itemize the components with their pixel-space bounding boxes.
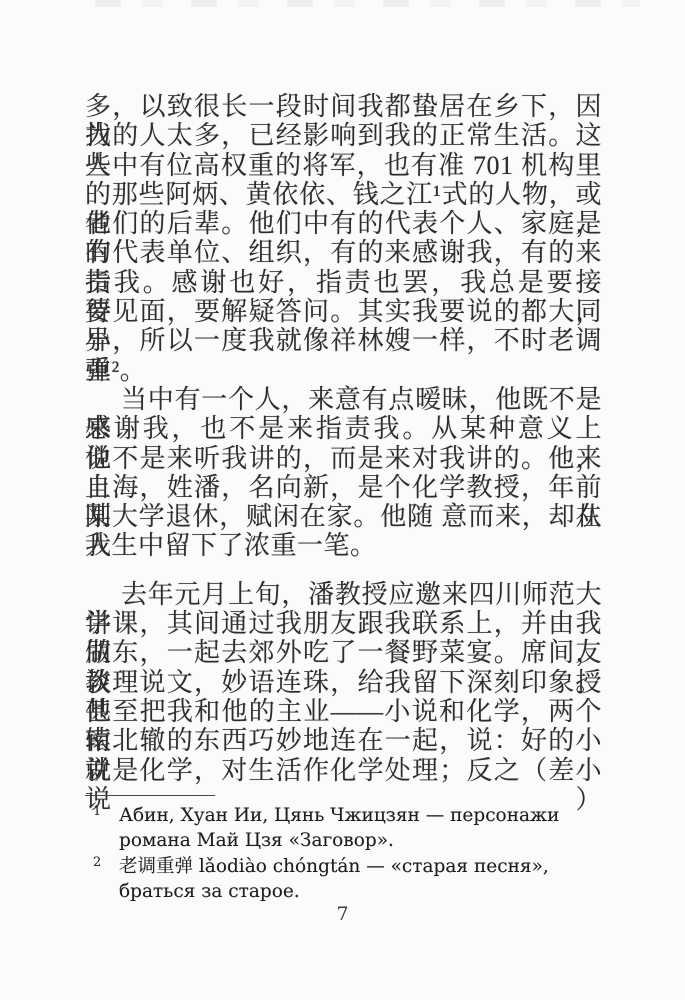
footnote-text: Абин, Хуан Ии, Цянь Чжицзян — персонажи … xyxy=(119,805,559,851)
page-number: 7 xyxy=(0,903,685,925)
scan-edge-artifact xyxy=(95,0,640,7)
text-line: 的那些阿炳、黄依依、钱之江¹式的人物，或者是 xyxy=(85,180,602,209)
text-line: 上海，姓潘，名向新，是个化学教授，年前刚从 xyxy=(85,473,602,502)
text-block: 多，以致很长一段时间我都蛰居在乡下，因为找的人太多，已经影响到我的正常生活。这些… xyxy=(85,92,602,785)
text-line: 就是化学，对生活作化学处理；反之（差小说） xyxy=(85,756,602,785)
footnote-separator-rule xyxy=(85,795,215,796)
text-line: 谈理说文，妙语连珠，给我留下深刻印象。他 xyxy=(85,668,602,697)
text-line: 某大学退休，赋闲在家。他随 意而来，却在我 xyxy=(85,502,602,531)
text-line: 要见面，要解疑答问。其实我要说的都大同小 xyxy=(85,297,602,326)
footnote: 1Абин, Хуан Ии, Цянь Чжицзян — персонажи… xyxy=(85,803,597,853)
footnote-marker: 1 xyxy=(93,799,101,824)
text-line: 甚至把我和他的主业——小说和化学，两个南 xyxy=(85,697,602,726)
text-line: 去年元月上旬，潘教授应邀来四川师范大学 xyxy=(85,580,602,609)
text-line: 弹²。 xyxy=(85,356,602,385)
text-line: 异，所以一度我就像祥林嫂一样，不时老调重 xyxy=(85,326,602,355)
text-line: 讲课，其间通过我朋友跟我联系上，并由我朋友 xyxy=(85,609,602,638)
text-line: 人生中留下了浓重一笔。 xyxy=(85,531,602,560)
text-line: 感谢我，也不是来指责我。从某种意义上说， xyxy=(85,414,602,443)
text-line: 他们的后辈。他们中有的代表个人、家庭，有 xyxy=(85,209,602,238)
book-page: 多，以致很长一段时间我都蛰居在乡下，因为找的人太多，已经影响到我的正常生活。这些… xyxy=(0,0,685,1000)
text-line: 他不是来听我讲的，而是来对我讲的。他来自 xyxy=(85,444,602,473)
text-line: 做东，一起去郊外吃了一餐野菜宴。席间，教授 xyxy=(85,638,602,667)
text-line: 找的人太多，已经影响到我的正常生活。这些 xyxy=(85,121,602,150)
text-line: 多，以致很长一段时间我都蛰居在乡下，因为 xyxy=(85,92,602,121)
footnote: 2老调重弹 lǎodiào chóngtán — «старая песня»,… xyxy=(85,854,597,904)
text-line: 当中有一个人，来意有点暧昧，他既不是来 xyxy=(85,385,602,414)
text-line: 责我。感谢也好，指责也罢，我总是要接待， xyxy=(85,268,602,297)
footnotes-block: 1Абин, Хуан Ии, Цянь Чжицзян — персонажи… xyxy=(85,803,585,905)
footnote-text: 老调重弹 lǎodiào chóngtán — «старая песня», … xyxy=(119,856,549,902)
footnote-marker: 2 xyxy=(93,850,101,875)
text-line: 人中有位高权重的将军，也有准 701 机构里 xyxy=(85,151,602,180)
text-line: 的代表单位、组织，有的来感谢我，有的来指 xyxy=(85,238,602,267)
text-line: 辕北辙的东西巧妙地连在一起，说：好的小说 xyxy=(85,726,602,755)
